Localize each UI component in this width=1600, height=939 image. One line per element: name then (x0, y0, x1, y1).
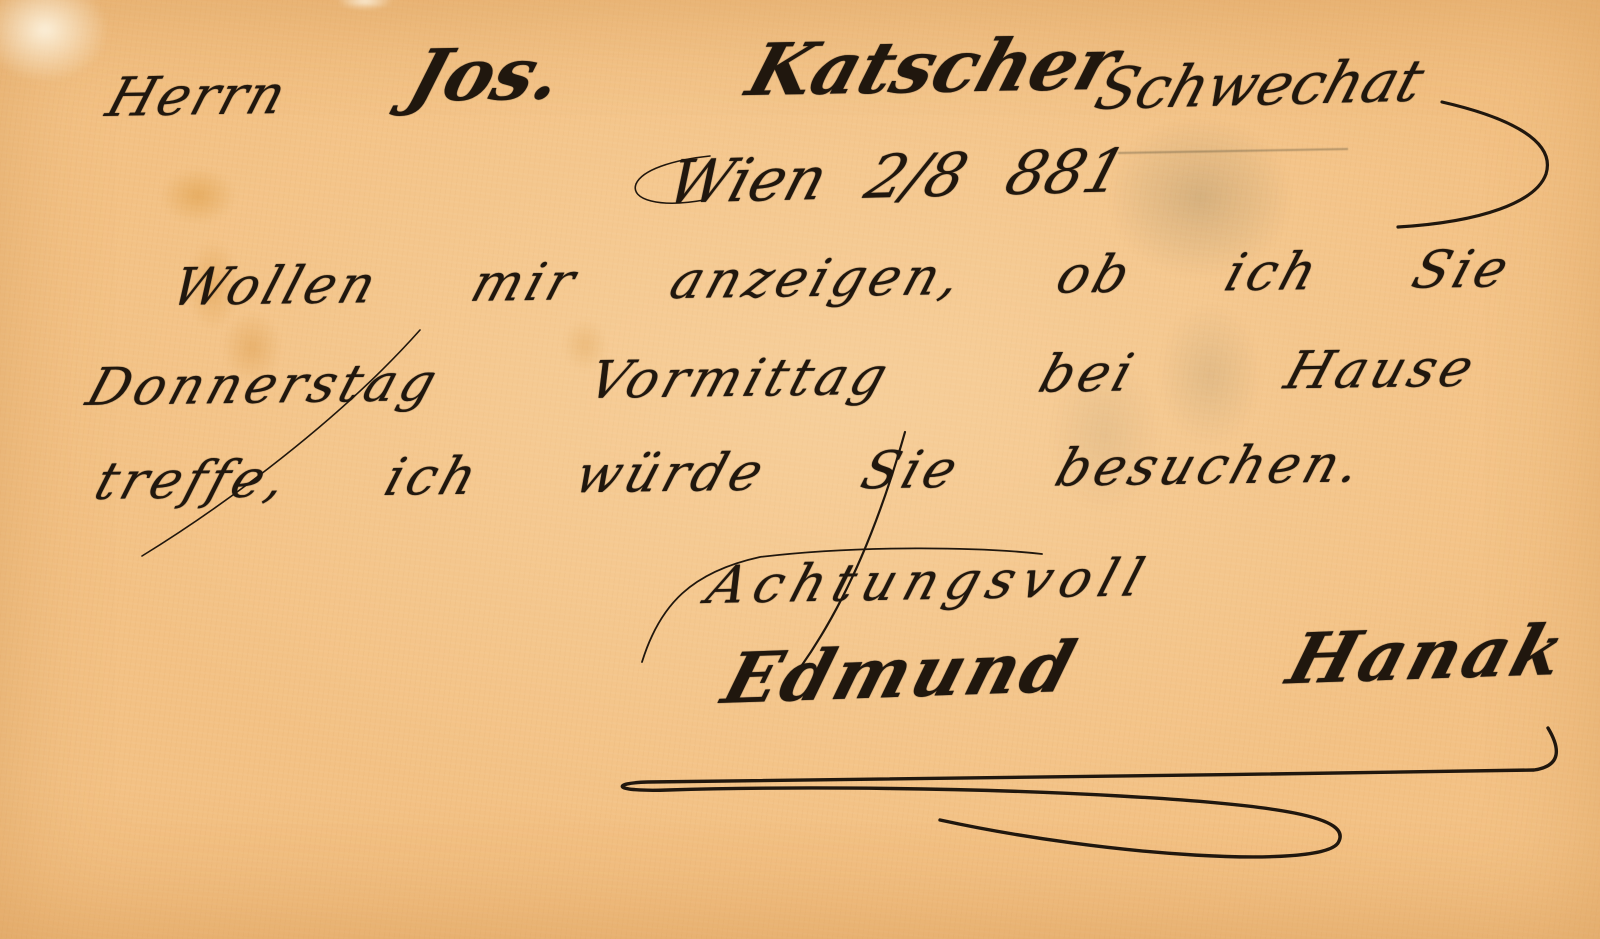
body-line-1: Wollen mir anzeigen, ob ich Sie (165, 241, 1519, 317)
body-line-2: Donnerstag Vormittag bei Hause (80, 341, 1484, 417)
recipient-name: Jos. Katscher (400, 24, 1128, 115)
body-line-3: treffe, ich würde Sie besuchen. (88, 436, 1371, 511)
schwechat-tail-swash (1398, 102, 1547, 227)
closing-formula: Achtungsvoll (700, 548, 1301, 615)
postcard-scan: Herrn Jos. Katscher Schwechat Wien 2/8 8… (0, 0, 1600, 939)
recipient-place: Schwechat (1088, 47, 1536, 122)
ink-scratch-line (1118, 148, 1348, 154)
paper-corner-highlight (0, 0, 130, 100)
paper-stain (148, 158, 248, 233)
signature-underline-flourish (622, 728, 1556, 857)
signature: Edmund Hanak (715, 611, 1576, 717)
address-salutation: Herrn (100, 64, 370, 128)
dateline: Wien 2/8 881 (660, 138, 1133, 216)
paper-edge-notch (330, 0, 400, 12)
